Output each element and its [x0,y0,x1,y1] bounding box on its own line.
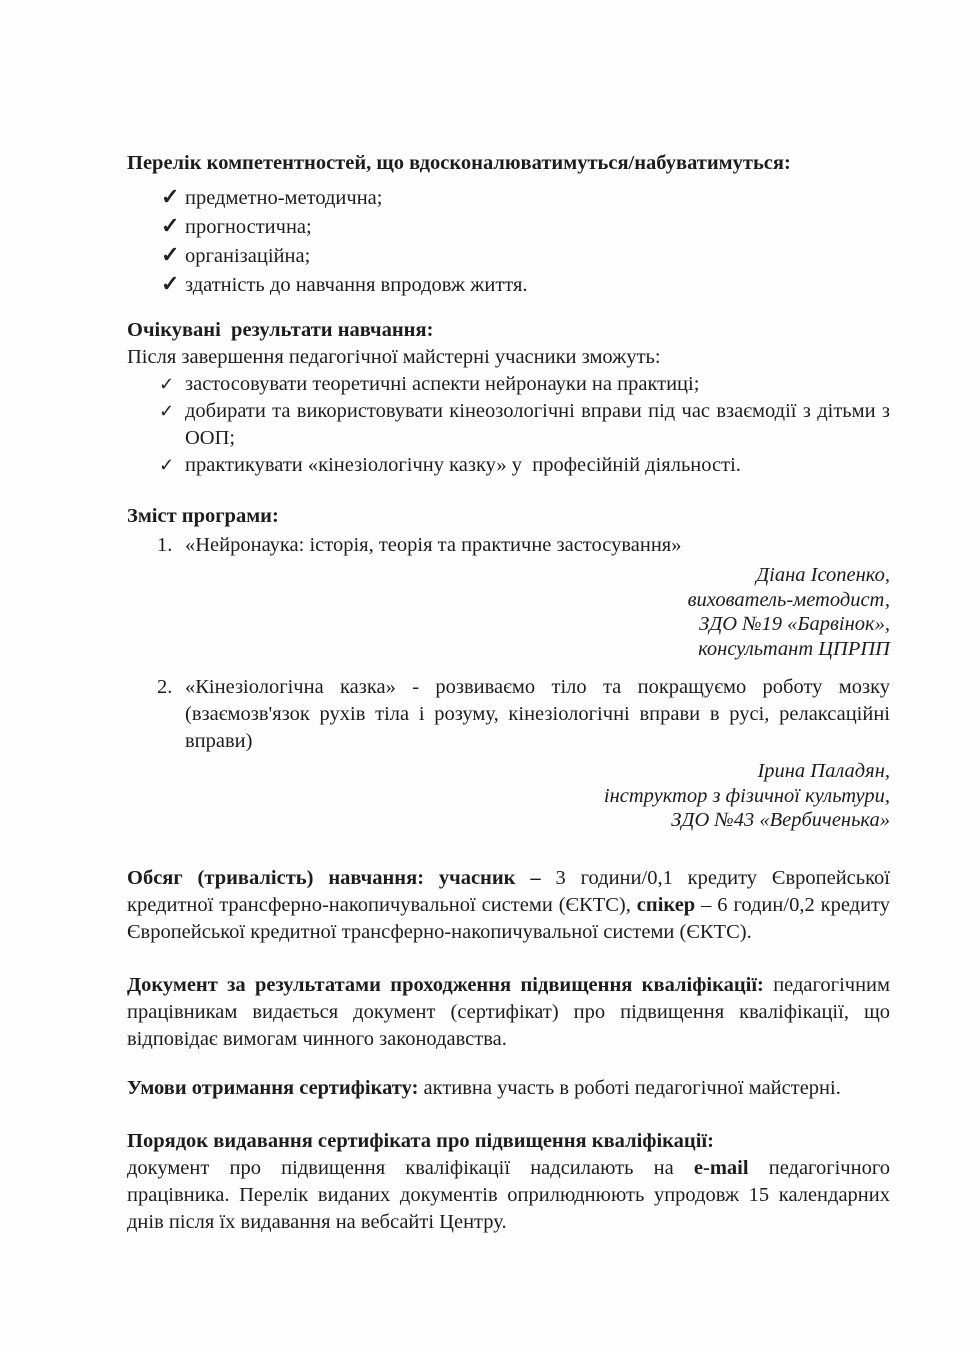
checkmark-icon: ✓ [159,398,185,425]
scanned-document-page: Перелік компетентностей, що вдосконалюва… [0,0,980,1347]
author-line: Діана Ісопенко, [127,563,890,588]
list-item-text: застосовувати теоретичні аспекти нейрона… [185,371,890,398]
competencies-list: ✓ предметно-методична; ✓ прогностична; ✓… [127,183,890,299]
volume-label-participant: Обсяг (тривалість) навчання: учасник – [127,867,541,889]
certificate-conditions-heading: Умови отримання сертифікату: [127,1077,418,1099]
certificate-conditions-paragraph: Умови отримання сертифікату: активна уча… [127,1075,890,1102]
section-competencies: Перелік компетентностей, що вдосконалюва… [127,150,890,299]
author-line: консультант ЦПРПП [127,637,890,662]
list-item: ✓ організаційна; [127,241,890,270]
list-item: ✓ предметно-методична; [127,183,890,212]
list-item: ✓ здатність до навчання впродовж життя. [127,270,890,299]
checkmark-icon: ✓ [159,452,185,479]
checkmark-icon: ✓ [161,270,185,297]
item-number: 1. [157,532,185,559]
program-item-text: «Нейронаука: історія, теорія та практичн… [185,532,890,559]
issuance-email-label: e-mail [694,1157,749,1179]
program-item-1-authors: Діана Ісопенко, вихователь-методист, ЗДО… [127,563,890,661]
list-item-text: добирати та використовувати кінеозологіч… [185,398,890,452]
certificate-conditions-text: активна участь в роботі педагогічної май… [418,1077,840,1099]
program-item-2-authors: Ірина Паладян, інструктор з фізичної кул… [127,759,890,833]
program-item-1: 1. «Нейронаука: історія, теорія та практ… [127,532,890,559]
program-item-2: 2. «Кінезіологічна казка» - розвиваємо т… [127,674,890,755]
document-result-heading: Документ за результатами проходження під… [127,974,764,996]
list-item: ✓ прогностична; [127,212,890,241]
item-number: 2. [157,674,185,701]
volume-paragraph: Обсяг (тривалість) навчання: учасник – 3… [127,865,890,946]
list-item-text: практикувати «кінезіологічну казку» у пр… [185,452,890,479]
section-issuance-order: Порядок видавання сертифіката про підвищ… [127,1128,890,1236]
issuance-paragraph: документ про підвищення кваліфікації над… [127,1155,890,1236]
author-line: вихователь-методист, [127,588,890,613]
outcomes-heading: Очікувані результати навчання: [127,317,890,344]
document-result-paragraph: Документ за результатами проходження під… [127,972,890,1053]
outcomes-intro: Після завершення педагогічної майстерні … [127,344,890,371]
list-item-text: організаційна; [185,243,890,270]
section-document-result: Документ за результатами проходження під… [127,972,890,1053]
author-line: інструктор з фізичної культури, [127,784,890,809]
volume-label-speaker: спікер [637,894,695,916]
issuance-heading: Порядок видавання сертифіката про підвищ… [127,1128,890,1155]
section-volume: Обсяг (тривалість) навчання: учасник – 3… [127,865,890,946]
list-item-text: здатність до навчання впродовж життя. [185,272,890,299]
list-item: ✓ застосовувати теоретичні аспекти нейро… [127,371,890,398]
competencies-heading: Перелік компетентностей, що вдосконалюва… [127,150,890,177]
author-line: Ірина Паладян, [127,759,890,784]
outcomes-list: ✓ застосовувати теоретичні аспекти нейро… [127,371,890,479]
list-item: ✓ добирати та використовувати кінеозолог… [127,398,890,452]
section-outcomes: Очікувані результати навчання: Після зав… [127,317,890,479]
checkmark-icon: ✓ [161,183,185,210]
list-item-text: предметно-методична; [185,185,890,212]
checkmark-icon: ✓ [161,212,185,239]
issuance-text-1: документ про підвищення кваліфікації над… [127,1157,694,1179]
checkmark-icon: ✓ [161,241,185,268]
program-item-text: «Кінезіологічна казка» - розвиваємо тіло… [185,674,890,755]
list-item-text: прогностична; [185,214,890,241]
author-line: ЗДО №19 «Барвінок», [127,612,890,637]
list-item: ✓ практикувати «кінезіологічну казку» у … [127,452,890,479]
author-line: ЗДО №43 «Вербиченька» [127,808,890,833]
checkmark-icon: ✓ [159,371,185,398]
program-heading: Зміст програми: [127,503,890,530]
section-program: Зміст програми: 1. «Нейронаука: історія,… [127,503,890,833]
section-certificate-conditions: Умови отримання сертифікату: активна уча… [127,1075,890,1102]
